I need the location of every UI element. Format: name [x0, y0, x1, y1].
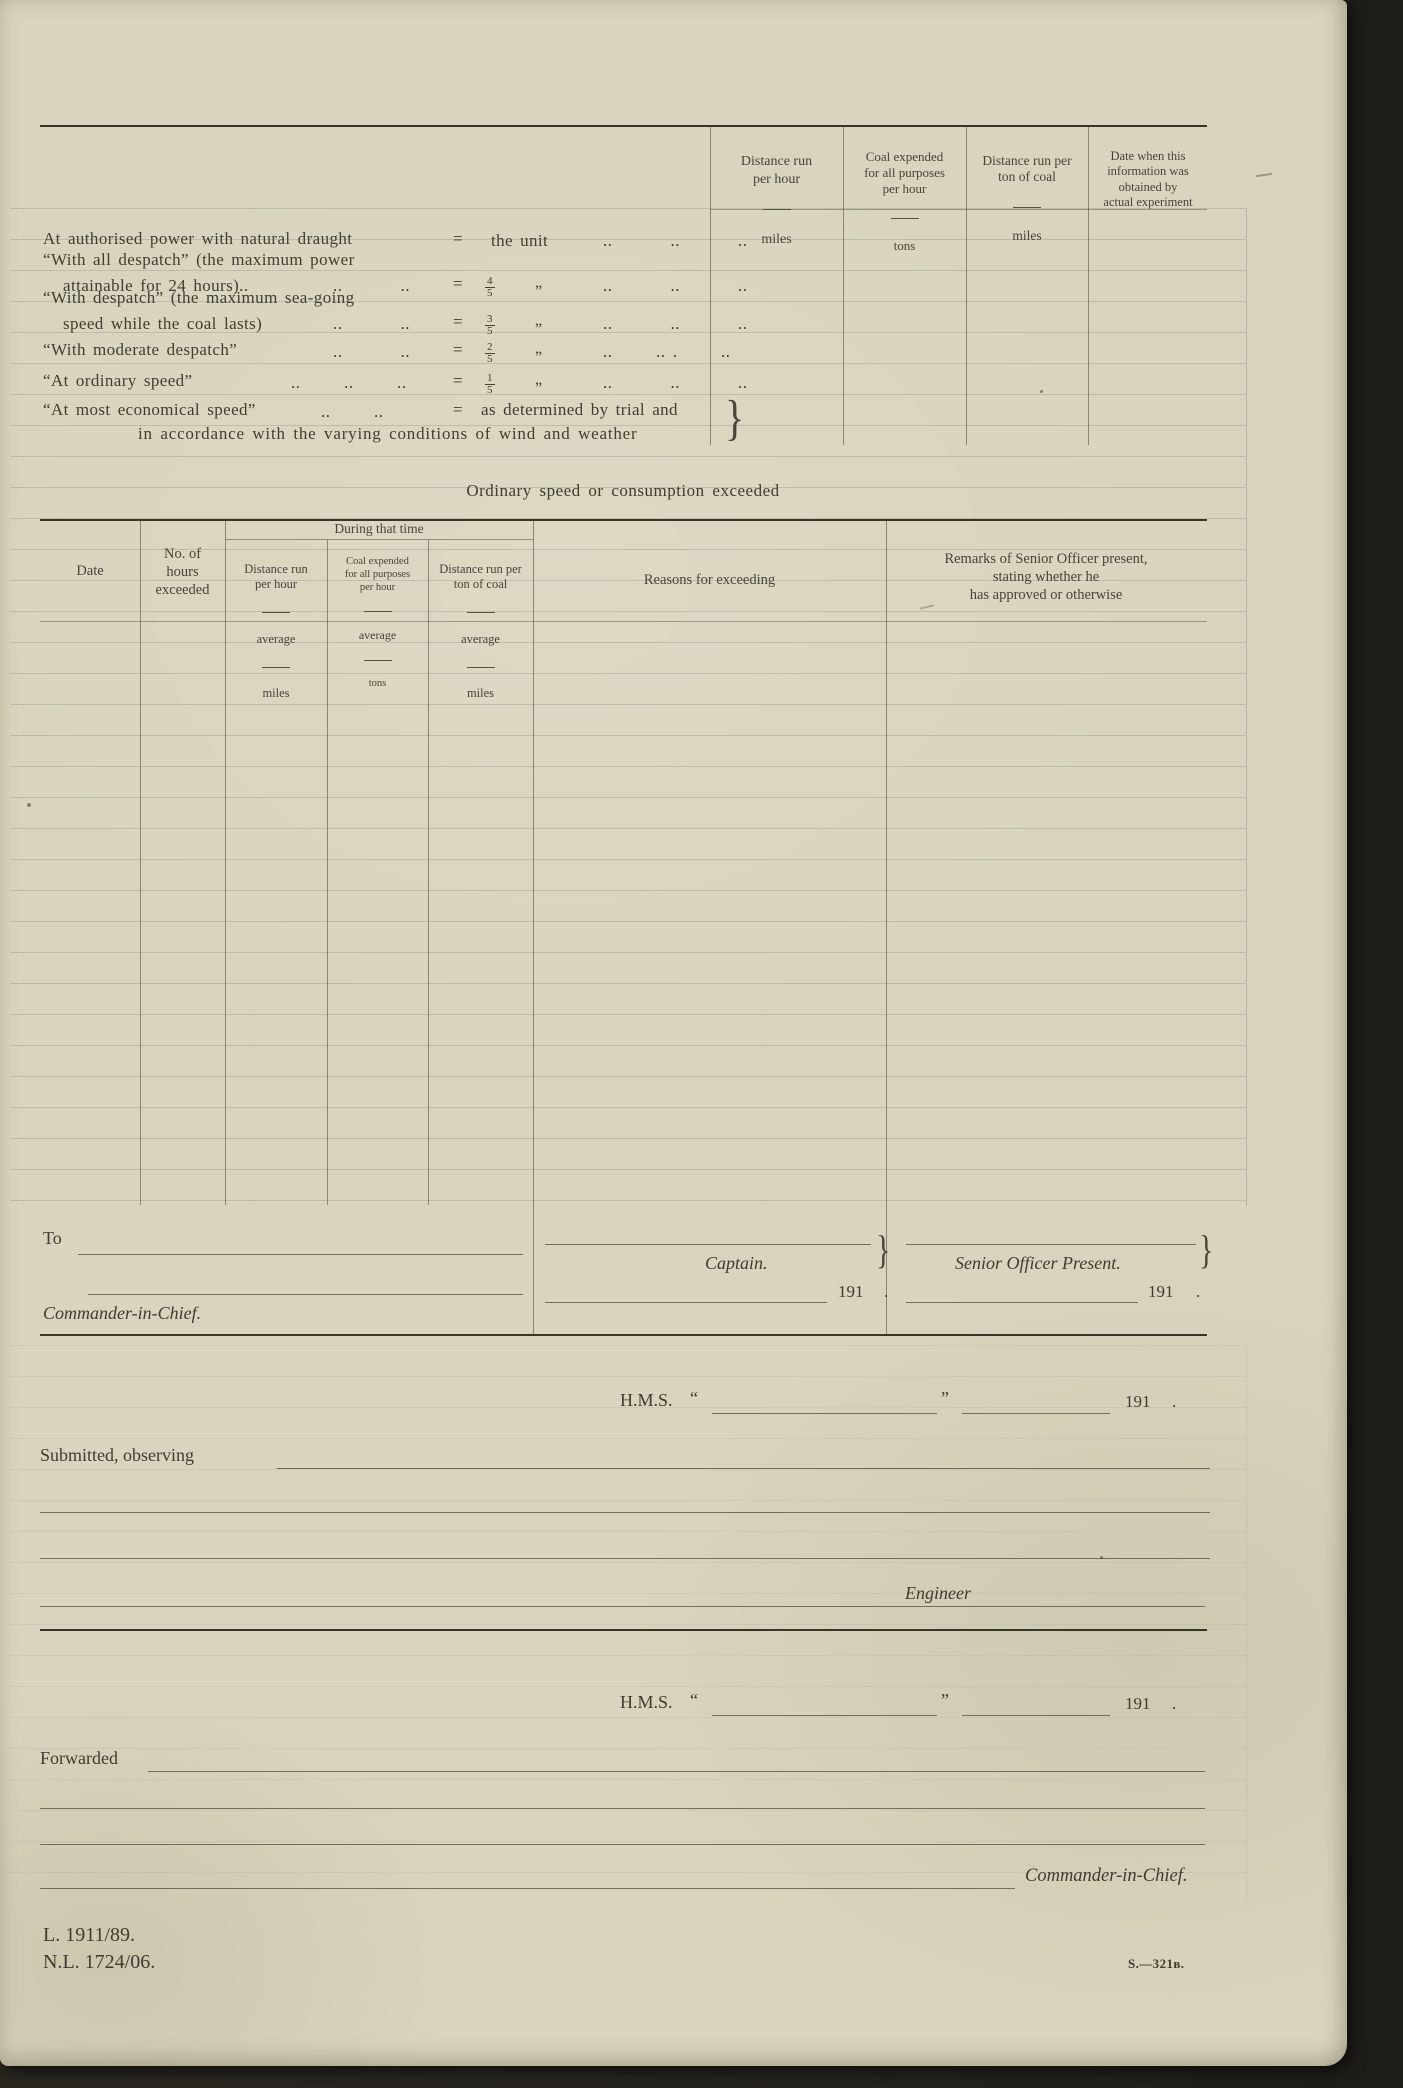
commander-in-chief-label: Commander-in-Chief. — [43, 1303, 201, 1324]
statement-ordinary-speed: “At ordinary speed” .. .. .. = 15 „ .. .… — [43, 371, 733, 393]
writing-line — [40, 1808, 1205, 1809]
column-label: Date when this information was obtained … — [1088, 149, 1208, 211]
ship-name-line — [712, 1413, 937, 1414]
column-header-remarks: Remarks of Senior Officer present, stati… — [886, 551, 1206, 605]
curly-brace: } — [725, 393, 745, 443]
to-fill-line-2 — [88, 1294, 523, 1295]
forwarded-label: Forwarded — [40, 1748, 118, 1769]
column-unit: miles — [428, 686, 533, 702]
column-header-distance-per-ton: Distance run per ton of coal miles — [966, 136, 1088, 261]
ship-name-line — [712, 1715, 937, 1716]
column-header-avg-distance-ton: Distance run per ton of coal average mil… — [428, 546, 533, 717]
statement-text: “With moderate despatch” — [43, 340, 237, 360]
column-divider — [140, 521, 141, 1205]
header-separator — [763, 209, 791, 210]
dot-leaders: .. .. — [333, 342, 410, 362]
ink-speck — [27, 803, 31, 807]
submitted-observing-label: Submitted, observing — [40, 1445, 194, 1466]
header-separator — [467, 667, 495, 668]
statement-text-2: speed while the coal lasts) — [63, 314, 262, 334]
statement-text-2: in accordance with the varying condition… — [138, 424, 637, 444]
column-label: Distance run per ton of coal — [428, 562, 533, 593]
header-separator — [364, 611, 392, 612]
column-header-avg-distance-hour: Distance run per hour average miles — [225, 546, 327, 717]
writing-line — [148, 1771, 1205, 1772]
header-separator — [1013, 207, 1041, 208]
column-label: Coal expended for all purposes per hour — [327, 555, 428, 594]
open-quote: “ — [690, 1388, 698, 1409]
ditto-mark: „ — [535, 340, 543, 358]
statement-text: At authorised power with natural draught — [43, 229, 352, 249]
to-label: To — [43, 1228, 62, 1249]
statement-value: the unit — [491, 231, 548, 251]
writing-line — [40, 1558, 1210, 1559]
equals-sign: = — [453, 400, 463, 420]
period: . — [1172, 1392, 1176, 1412]
denominator: 5 — [485, 326, 495, 338]
dot-leaders: .. .. — [321, 402, 384, 422]
curly-brace: } — [1199, 1231, 1213, 1272]
equals-sign: = — [453, 229, 463, 249]
engineer-label: Engineer — [905, 1583, 971, 1604]
period: . — [884, 1282, 888, 1302]
close-quote: ” — [941, 1388, 949, 1409]
table-top-rule — [40, 519, 1207, 521]
average-label: average — [225, 632, 327, 648]
year-191: 191 — [1125, 1694, 1151, 1714]
year-191: 191 — [838, 1282, 864, 1302]
column-unit: tons — [327, 677, 428, 690]
ledger-ruling-lower — [10, 1345, 1246, 1900]
ink-speck — [1040, 390, 1043, 393]
statement-authorised-power: At authorised power with natural draught… — [43, 229, 733, 251]
during-that-time-label: During that time — [225, 521, 533, 538]
statement-text: “At ordinary speed” — [43, 371, 193, 391]
ink-speck — [1100, 1556, 1103, 1559]
column-header-date-experiment: Date when this information was obtained … — [1088, 133, 1208, 226]
column-label: Coal expended for all purposes per hour — [843, 149, 966, 197]
writing-line — [277, 1468, 1210, 1469]
header-separator — [891, 218, 919, 219]
column-unit: miles — [225, 686, 327, 702]
dot-leaders: .. .. .. — [291, 373, 407, 393]
denominator: 5 — [485, 385, 495, 397]
period: . — [1196, 1282, 1200, 1302]
statement-economical-speed: “At most economical speed” .. .. = as de… — [43, 400, 733, 444]
period: . — [1172, 1694, 1176, 1714]
header-separator — [262, 612, 290, 613]
dot-leaders: .. .. — [333, 314, 410, 334]
column-header-avg-coal: Coal expended for all purposes per hour … — [327, 542, 428, 703]
header-bottom-rule — [40, 621, 1207, 622]
ditto-mark: „ — [535, 371, 543, 389]
right-margin-rule — [1246, 208, 1247, 1206]
captain-date-line — [545, 1302, 827, 1303]
fraction-one-fifth: 15 — [485, 373, 495, 397]
column-header-date: Date — [40, 563, 140, 581]
column-header-reasons: Reasons for exceeding — [533, 572, 886, 590]
senior-date-line — [906, 1302, 1138, 1303]
section-divider-rule — [40, 1629, 1207, 1631]
captain-signature-line — [545, 1244, 871, 1245]
hms-label: H.M.S. — [620, 1390, 673, 1411]
dot-leaders: .. .. .. — [603, 231, 748, 251]
form-reference-2: N.L. 1724/06. — [43, 1951, 155, 1974]
statement-text: “With despatch” (the maximum sea-going — [43, 288, 355, 308]
year-191: 191 — [1148, 1282, 1174, 1302]
statement-value: as determined by trial and — [481, 400, 678, 420]
date-fill-line — [962, 1413, 1110, 1414]
column-label: Distance run per hour — [710, 153, 843, 188]
writing-line — [40, 1606, 1205, 1607]
table-bottom-rule — [40, 1334, 1207, 1336]
to-fill-line — [78, 1254, 523, 1255]
curly-brace: } — [876, 1231, 890, 1272]
statement-moderate-despatch: “With moderate despatch” .. .. = 25 „ ..… — [43, 340, 733, 362]
scanned-form-page: Distance run per hour miles Coal expende… — [0, 0, 1403, 2088]
header-separator — [262, 667, 290, 668]
senior-signature-line — [906, 1244, 1196, 1245]
writing-line — [40, 1888, 1015, 1889]
statement-with-despatch: “With despatch” (the maximum sea-going s… — [43, 288, 733, 334]
date-fill-line — [962, 1715, 1110, 1716]
writing-line — [40, 1844, 1205, 1845]
equals-sign: = — [453, 371, 463, 391]
exceeded-table-title: Ordinary speed or consumption exceeded — [40, 481, 1206, 501]
dot-leaders: .. .. .. — [603, 314, 748, 334]
captain-label: Captain. — [705, 1253, 768, 1274]
writing-line — [40, 1512, 1210, 1513]
during-underline — [225, 539, 533, 540]
column-unit: miles — [966, 228, 1088, 245]
column-label: Distance run per ton of coal — [966, 153, 1088, 186]
table-top-rule — [40, 125, 1207, 127]
right-margin-rule-lower — [1246, 1345, 1247, 1900]
column-header-coal-expended: Coal expended for all purposes per hour … — [843, 133, 966, 270]
average-label: average — [327, 628, 428, 643]
header-separator — [364, 660, 392, 661]
column-label: Distance run per hour — [225, 562, 327, 593]
pencil-mark — [1256, 173, 1272, 177]
average-label: average — [428, 632, 533, 648]
senior-officer-label: Senior Officer Present. — [955, 1253, 1121, 1274]
column-divider — [886, 521, 887, 1335]
equals-sign: = — [453, 312, 463, 332]
fraction-three-fifths: 35 — [485, 314, 495, 338]
header-separator — [467, 612, 495, 613]
year-191: 191 — [1125, 1392, 1151, 1412]
form-reference-1: L. 1911/89. — [43, 1924, 135, 1947]
statement-text: “At most economical speed” — [43, 400, 256, 420]
ditto-mark: „ — [535, 312, 543, 330]
paper-sheet: Distance run per hour miles Coal expende… — [0, 0, 1347, 2066]
dot-leaders: .. .. . .. — [603, 342, 731, 362]
fraction-two-fifths: 25 — [485, 342, 495, 366]
column-unit: tons — [843, 238, 966, 254]
close-quote: ” — [941, 1690, 949, 1711]
denominator: 5 — [485, 354, 495, 366]
open-quote: “ — [690, 1690, 698, 1711]
statement-text: “With all despatch” (the maximum power — [43, 250, 355, 270]
equals-sign: = — [453, 340, 463, 360]
column-header-hours-exceeded: No. of hours exceeded — [140, 546, 225, 600]
commander-in-chief-bottom-label: Commander-in-Chief. — [1025, 1866, 1188, 1887]
column-divider — [533, 521, 534, 1335]
print-code: S.—321ʙ. — [1128, 1956, 1184, 1972]
hms-label: H.M.S. — [620, 1692, 673, 1713]
